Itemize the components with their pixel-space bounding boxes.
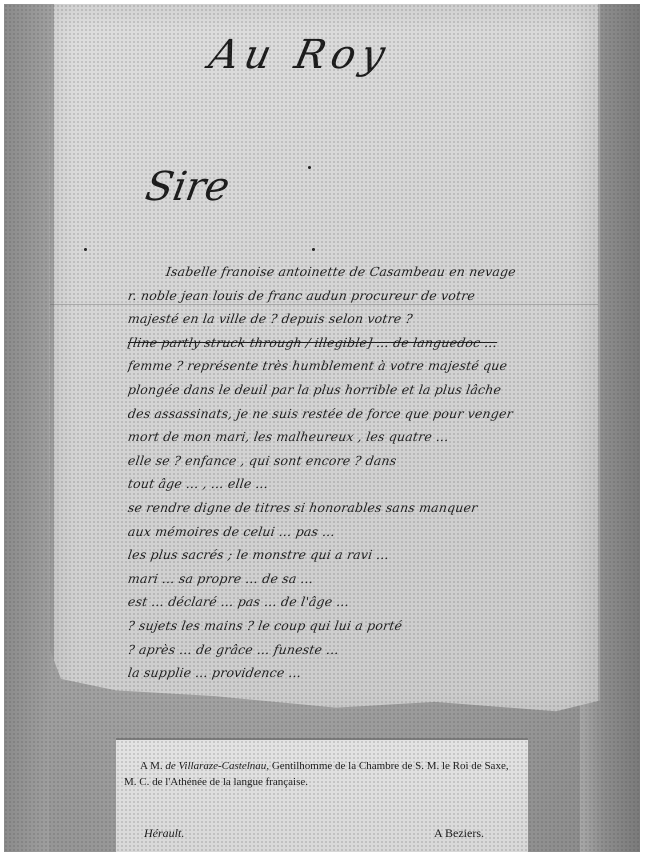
letter-photograph: Au Roy Sire Isabelle franoise antoinette… <box>4 4 640 852</box>
letter-line: est ... déclaré ... pas ... de l'âge ... <box>126 590 599 614</box>
letter-line: se rendre digne de titres si honorables … <box>126 496 599 520</box>
letter-addressee: Au Roy <box>205 32 395 78</box>
ink-spot <box>308 166 311 169</box>
letter-line: elle se ? enfance , qui sont encore ? da… <box>126 449 599 473</box>
ink-spot <box>312 248 315 251</box>
caption-right-signature: A Beziers. <box>434 826 484 841</box>
handwritten-letter-sheet: Au Roy Sire Isabelle franoise antoinette… <box>50 4 600 722</box>
letter-line: ? sujets les mains ? le coup qui lui a p… <box>126 614 599 638</box>
letter-salutation: Sire <box>142 164 233 210</box>
letter-line: r. noble jean louis de franc audun procu… <box>126 284 599 308</box>
letter-line: majesté en la ville de ? depuis selon vo… <box>126 307 599 331</box>
background-left <box>4 4 49 852</box>
letter-line: Isabelle franoise antoinette de Casambea… <box>126 260 599 284</box>
ink-spot <box>84 248 87 251</box>
printed-caption-card: A M. de Villaraze-Castelnau, Gentilhomme… <box>116 738 528 852</box>
letter-line: plongée dans le deuil par la plus horrib… <box>126 378 599 402</box>
sheet-edge <box>50 4 54 665</box>
caption-dedication: A M. de Villaraze-Castelnau, Gentilhomme… <box>124 758 522 790</box>
caption-prefix: A M. <box>140 760 165 772</box>
letter-line: ? après ... de grâce ... funeste ... <box>126 638 599 662</box>
letter-line: mort de mon mari, les malheureux , les q… <box>126 425 599 449</box>
caption-name: de Villaraze-Castelnau <box>165 760 266 772</box>
letter-line: [line partly struck through / illegible]… <box>126 331 599 355</box>
letter-line: tout âge ... , ... elle ... <box>126 472 599 496</box>
caption-left-signature: Hérault. <box>144 826 184 841</box>
letter-body: Isabelle franoise antoinette de Casambea… <box>128 260 598 685</box>
letter-line: mari ... sa propre ... de sa ... <box>126 567 599 591</box>
letter-line: aux mémoires de celui ... pas ... <box>126 520 599 544</box>
letter-line: la supplie ... providence ... <box>126 661 599 685</box>
letter-line: les plus sacrés ; le monstre qui a ravi … <box>126 543 599 567</box>
letter-line: femme ? représente très humblement à vot… <box>126 354 599 378</box>
letter-line: des assassinats, je ne suis restée de fo… <box>126 402 599 426</box>
